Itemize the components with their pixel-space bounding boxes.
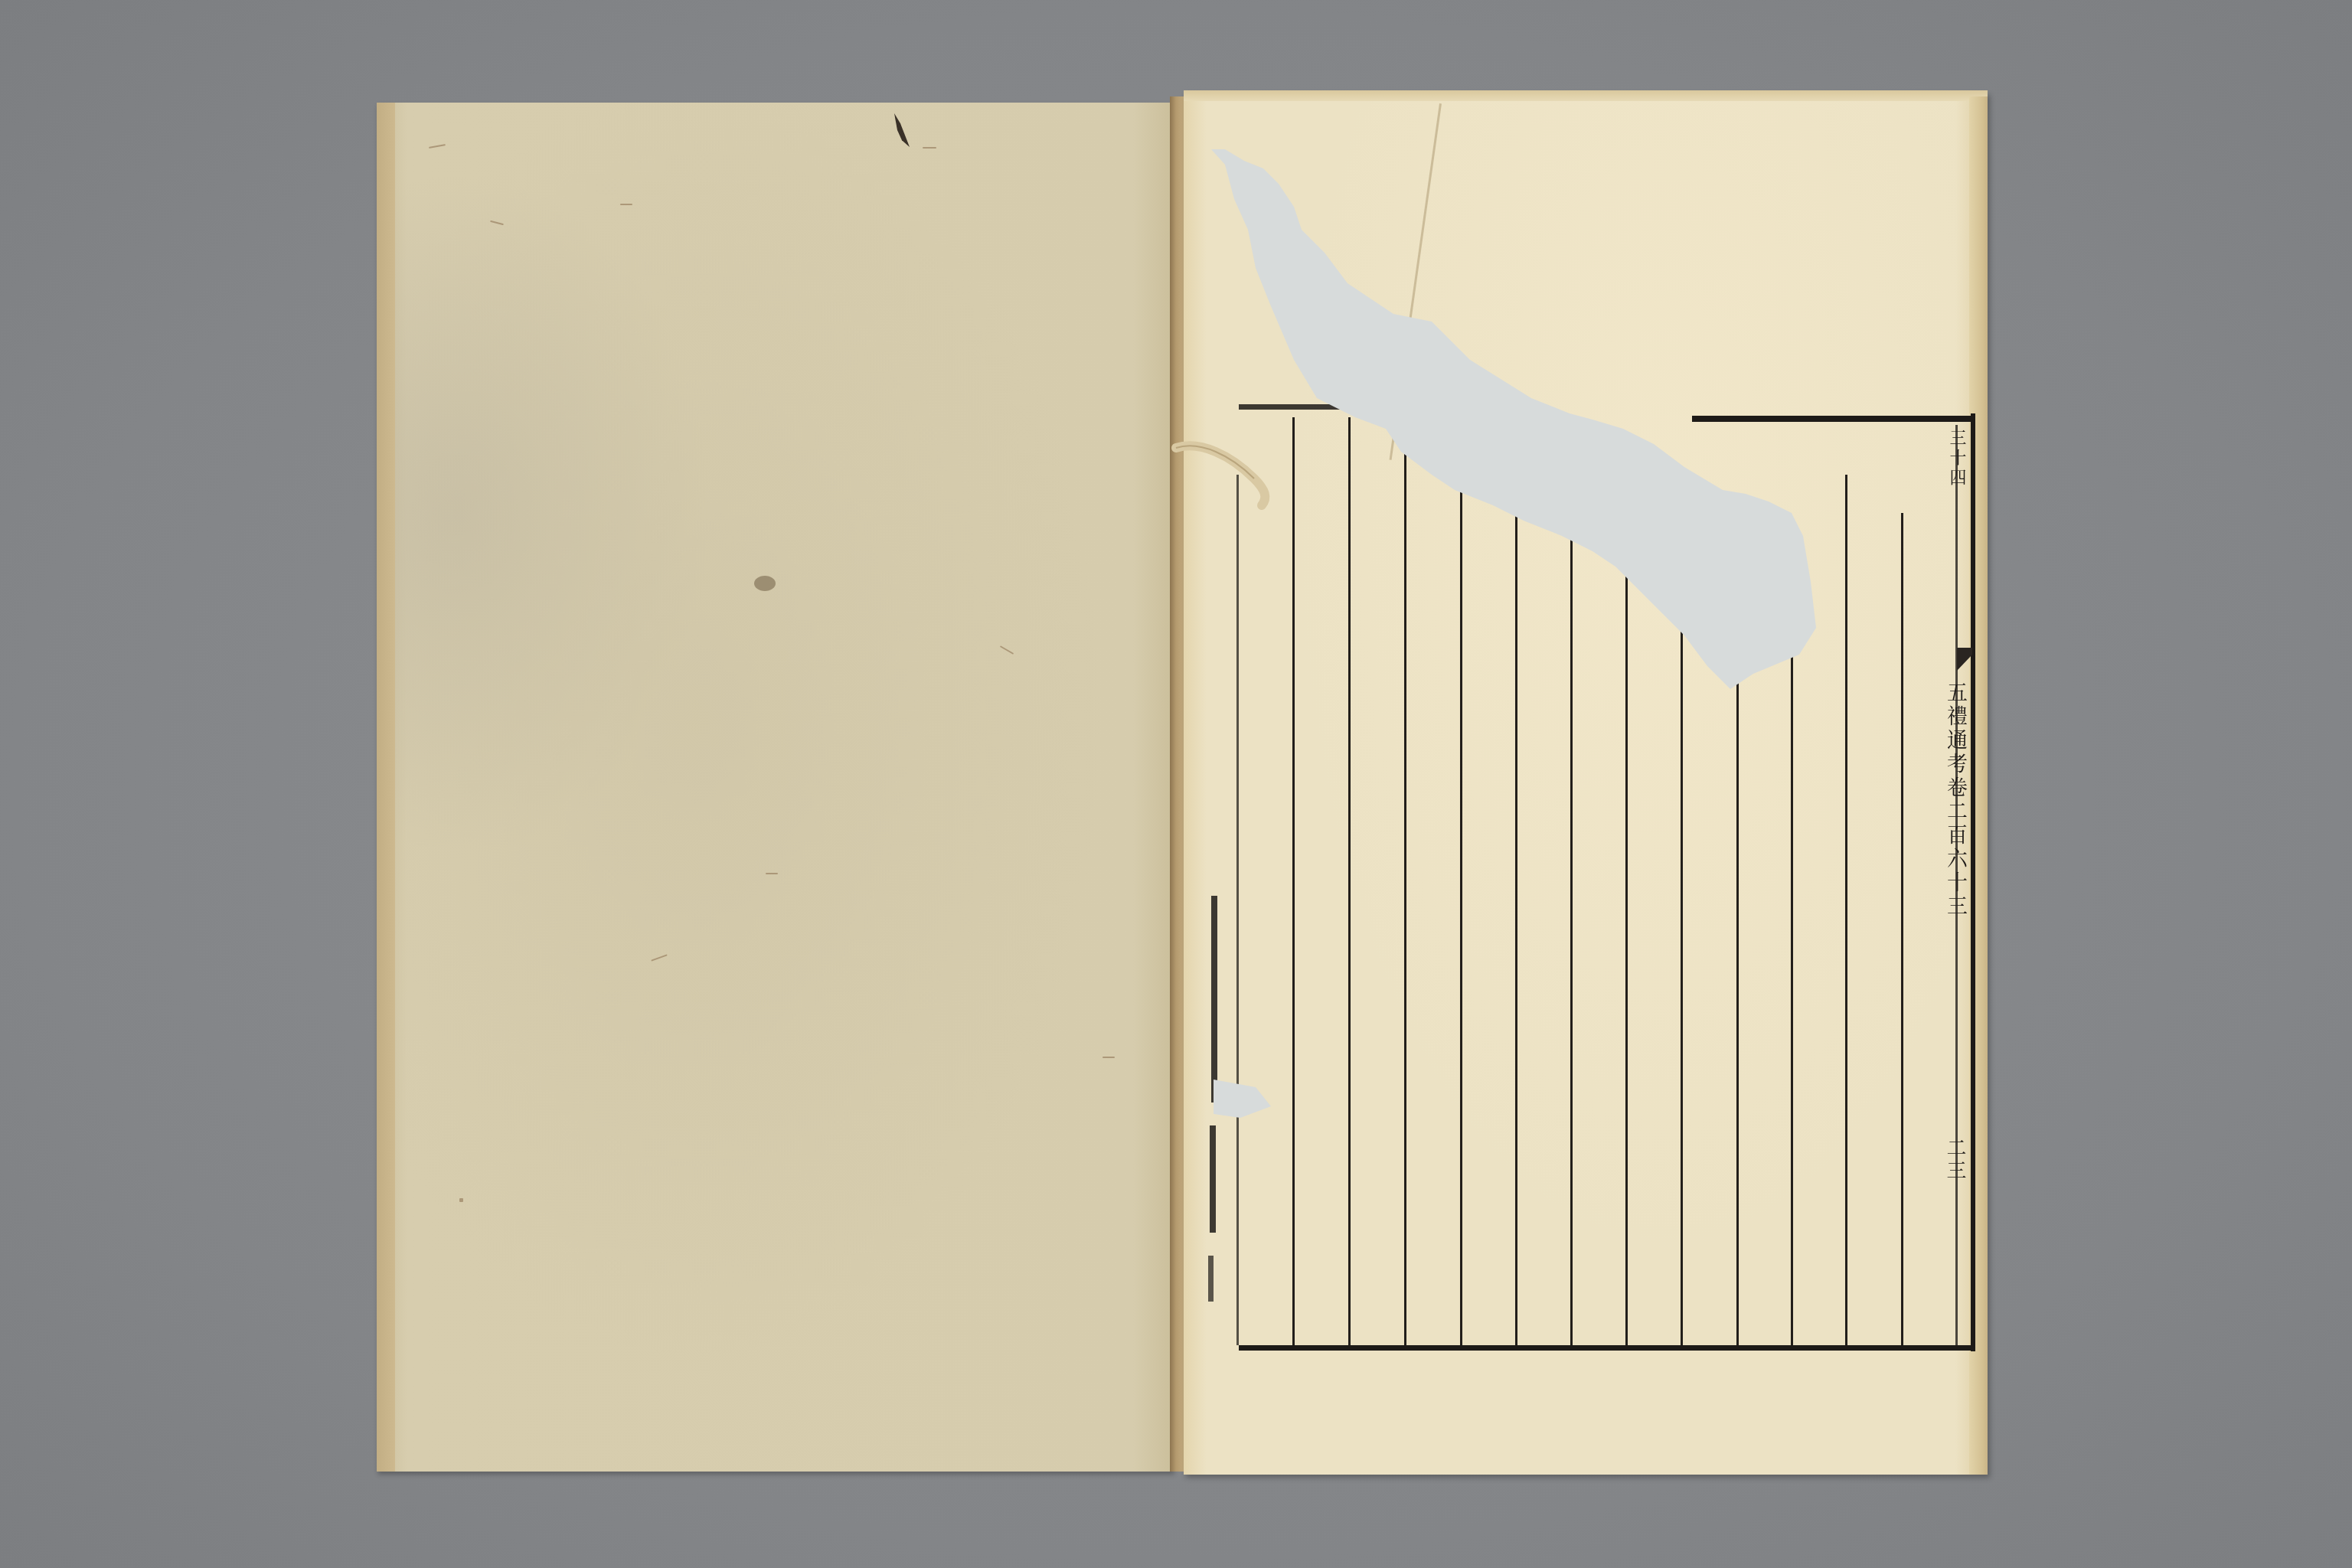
binding-thread: [1170, 425, 1292, 517]
book-title: 五禮通考: [1943, 681, 1967, 776]
bottom-margin-text: 二三: [1945, 1137, 1965, 1183]
book-photo: 三十四 五禮通考卷二百六十三 二三: [0, 0, 2352, 1568]
page-number-text: 三十四: [1948, 429, 1965, 488]
volume-label: 卷二百六十三: [1943, 776, 1967, 919]
torn-paper-area: [0, 0, 2352, 1568]
book-title-text: 五禮通考卷二百六十三: [1945, 681, 1965, 919]
